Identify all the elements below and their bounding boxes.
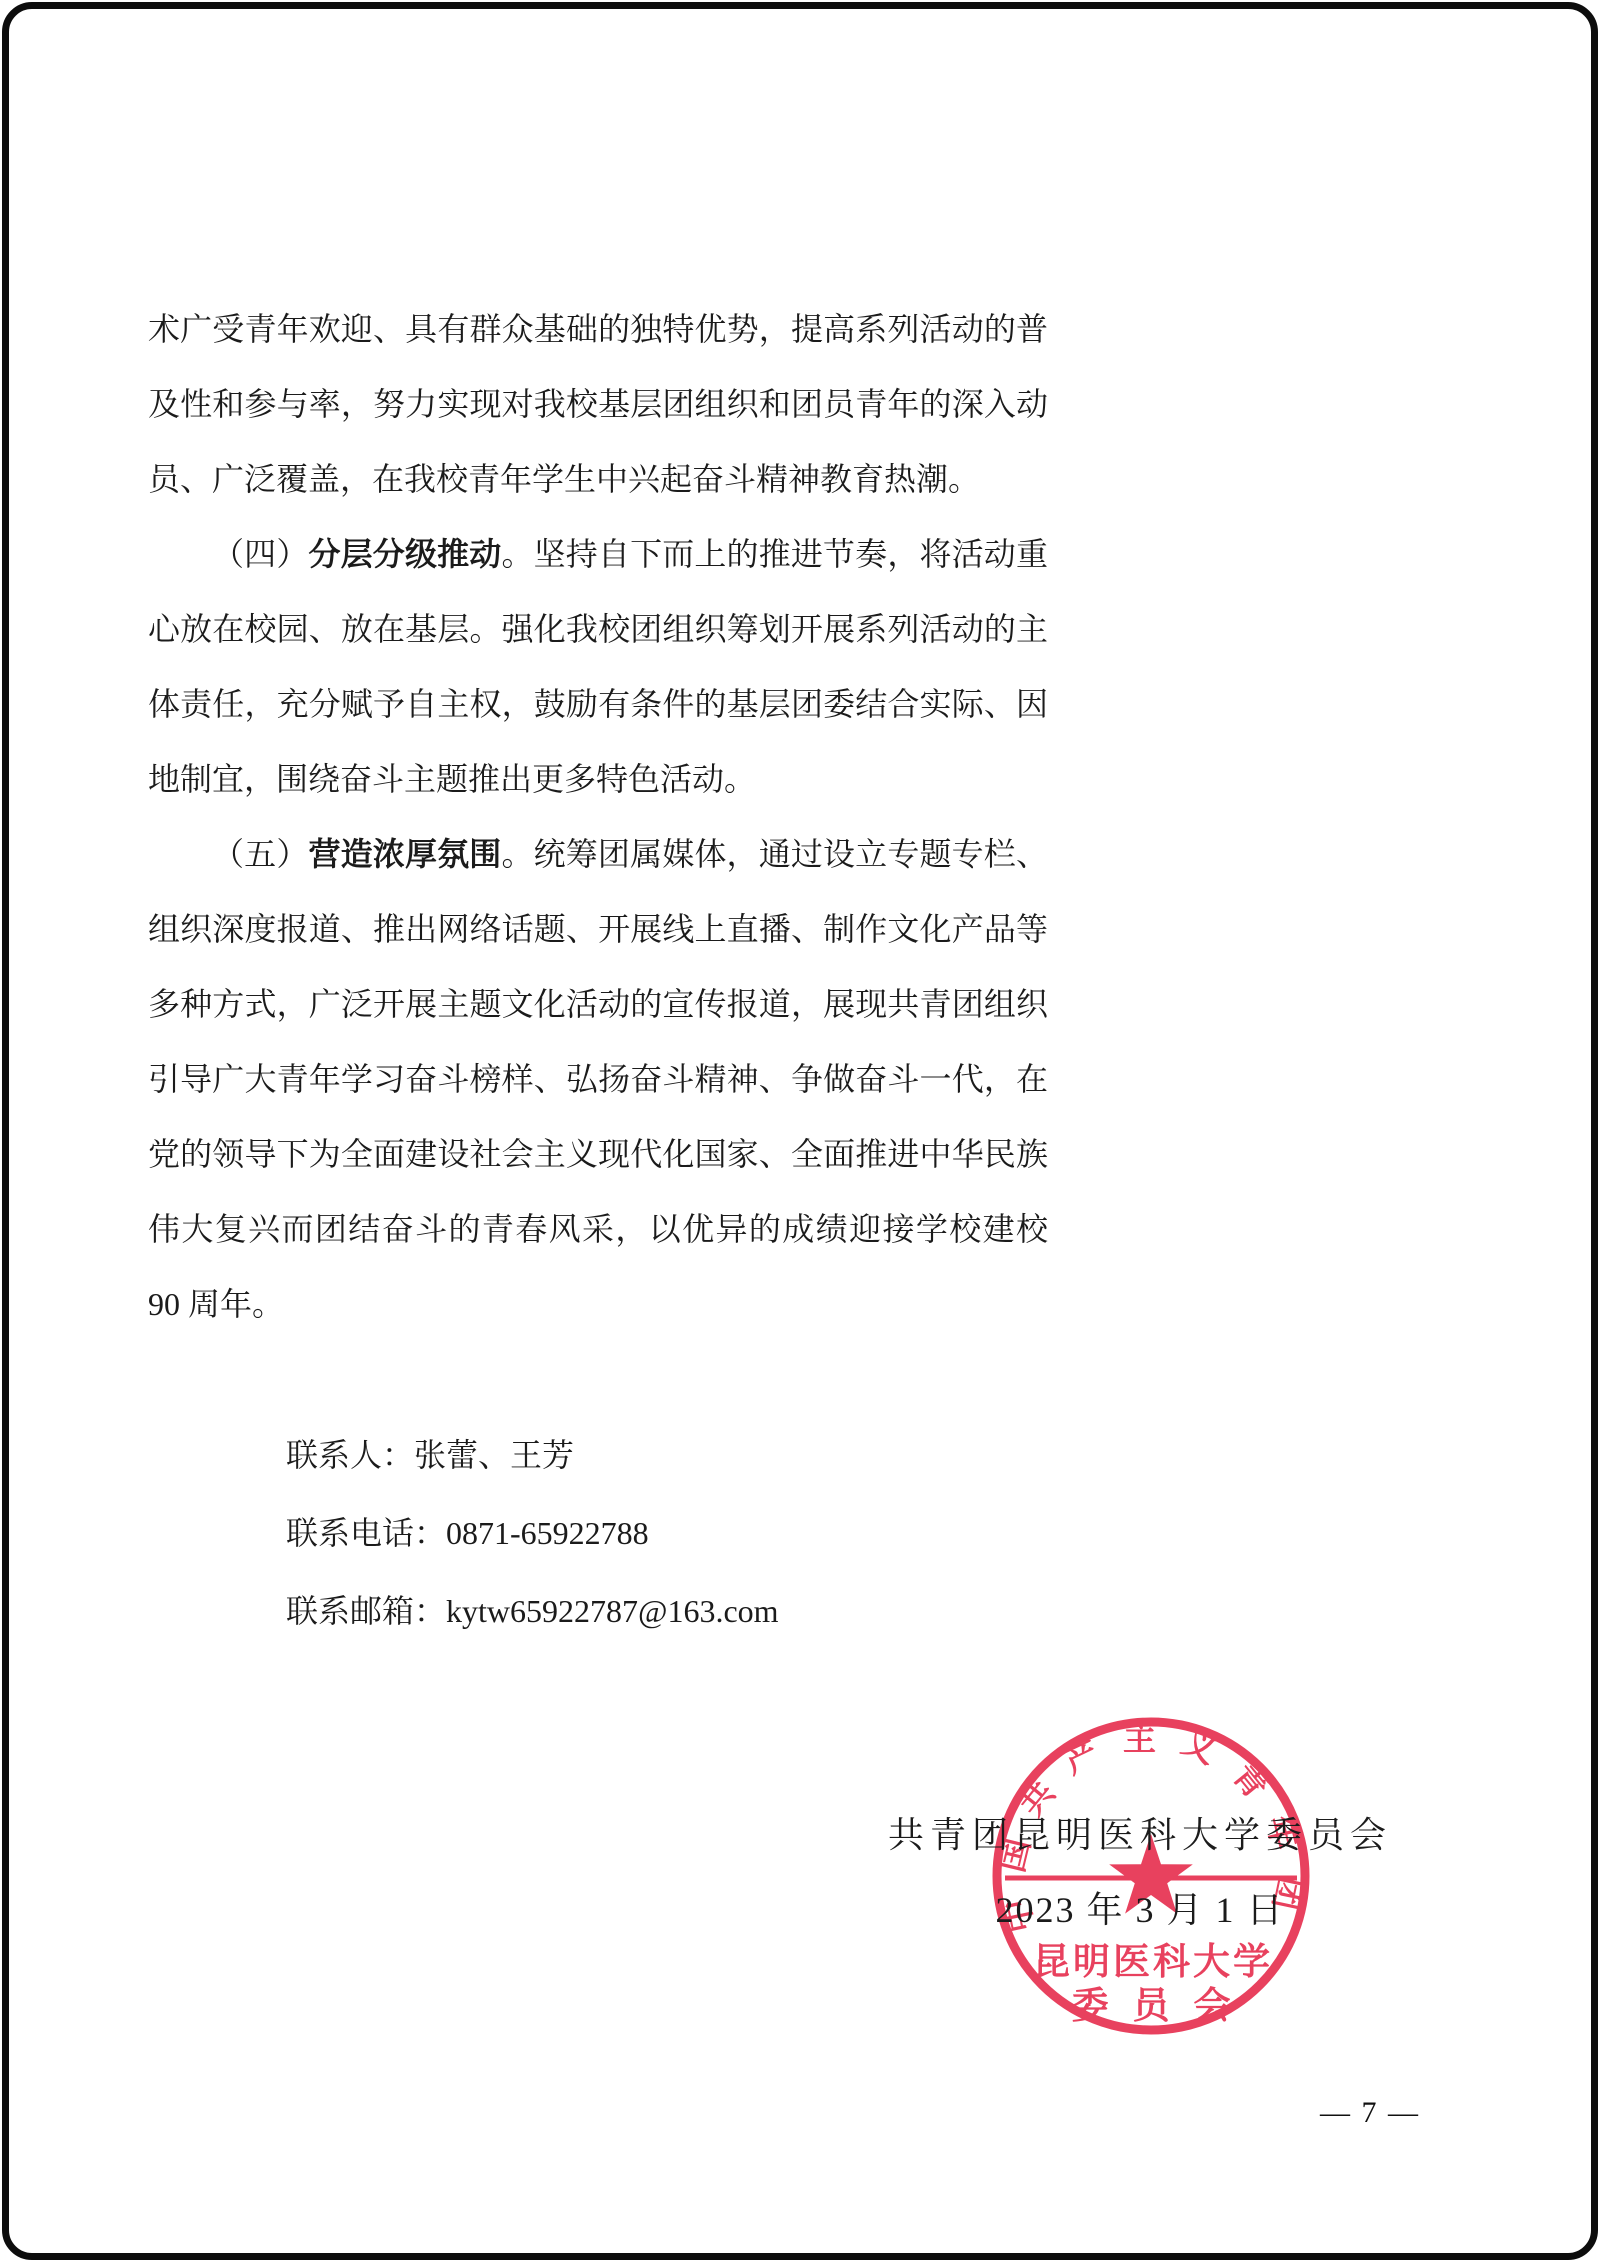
page-number: — 7 — <box>1290 2093 1450 2133</box>
signature-block: 共青团昆明医科大学委员会 2023 年 3 月 1 日 <box>878 1798 1402 1948</box>
contact-phone: 联系电话：0871-65922788 <box>286 1494 779 1572</box>
body-paragraph: （四）分层分级推动。坚持自下而上的推进节奏，将活动重心放在校园、放在基层。强化我… <box>148 517 1048 817</box>
paragraph-text-run: 。统筹团属媒体，通过设立专题专栏、组织深度报道、推出网络话题、开展线上直播、制作… <box>148 836 1048 1322</box>
contact-email: 联系邮箱：kytw65922787@163.com <box>286 1572 779 1650</box>
paragraph-text-run: （四） <box>212 536 308 572</box>
paragraph-lead-bold: 营造浓厚氛围 <box>308 836 501 872</box>
document-body: 术广受青年欢迎、具有群众基础的独特优势，提高系列活动的普及性和参与率，努力实现对… <box>148 292 1048 1342</box>
document-page: 术广受青年欢迎、具有群众基础的独特优势，提高系列活动的普及性和参与率，努力实现对… <box>0 0 1600 2262</box>
contact-block: 联系人：张蕾、王芳 联系电话：0871-65922788 联系邮箱：kytw65… <box>286 1416 779 1650</box>
paragraph-text-run: 术广受青年欢迎、具有群众基础的独特优势，提高系列活动的普及性和参与率，努力实现对… <box>148 311 1048 497</box>
paragraph-lead-bold: 分层分级推动 <box>308 536 501 572</box>
paragraph-text-run: （五） <box>212 836 308 872</box>
body-paragraph: 术广受青年欢迎、具有群众基础的独特优势，提高系列活动的普及性和参与率，努力实现对… <box>148 292 1048 517</box>
paragraph-text-run: 。坚持自下而上的推进节奏，将活动重心放在校园、放在基层。强化我校团组织筹划开展系… <box>148 536 1048 797</box>
seal-committee-text: 委员会 <box>1072 1985 1255 2027</box>
contact-person: 联系人：张蕾、王芳 <box>286 1416 779 1494</box>
signature-org: 共青团昆明医科大学委员会 <box>878 1798 1402 1873</box>
signature-date: 2023 年 3 月 1 日 <box>878 1873 1402 1948</box>
body-paragraph: （五）营造浓厚氛围。统筹团属媒体，通过设立专题专栏、组织深度报道、推出网络话题、… <box>148 817 1048 1342</box>
